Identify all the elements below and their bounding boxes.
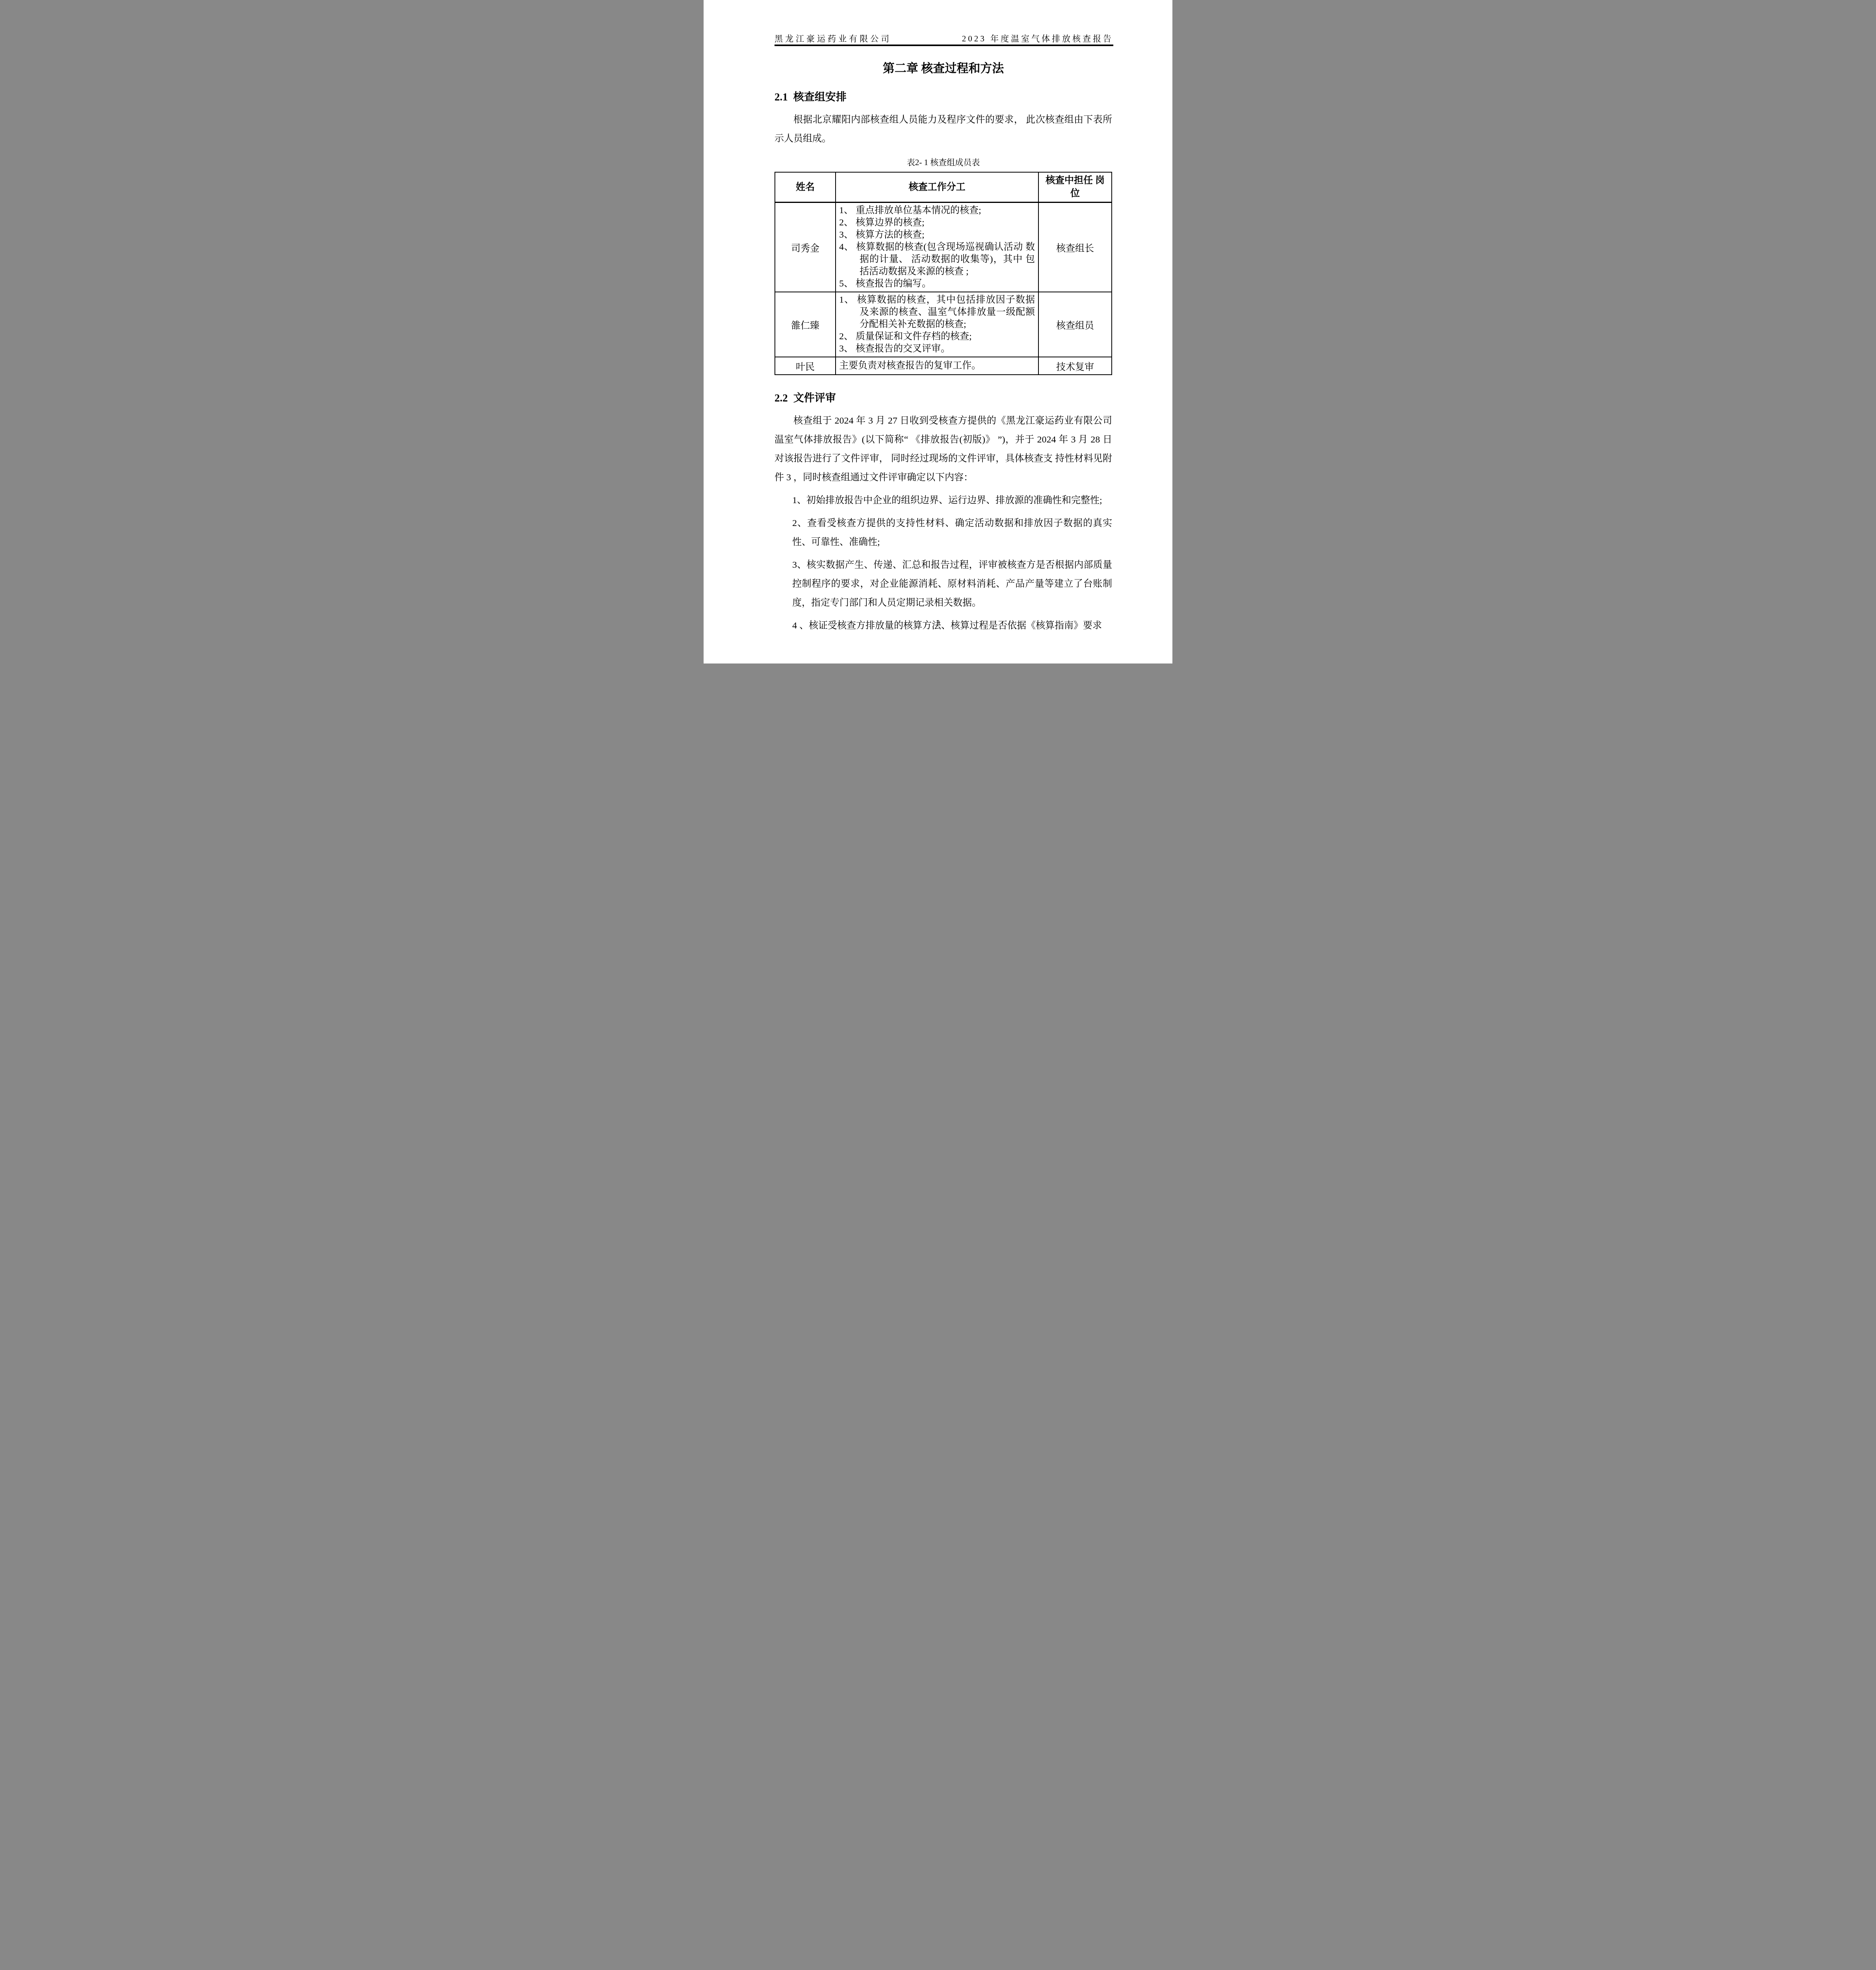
section-2-1-paragraph: 根据北京耀阳内部核查组人员能力及程序文件的要求， 此次核查组由下表所示人员组成。 [775, 110, 1112, 148]
header-report-title: 2023 年度温室气体排放核查报告 [962, 34, 1113, 43]
section-number: 2.1 [775, 91, 788, 103]
section-number: 2.2 [775, 392, 788, 404]
review-item-2: 2、查看受核查方提供的支持性材料、确定活动数据和排放因子数据的真实性、可靠性、准… [792, 514, 1112, 552]
section-heading-2-1: 2.1核查组安排 [775, 90, 1112, 104]
duty-item: 1、 重点排放单位基本情况的核查; [839, 204, 1035, 217]
member-name: 雒仁臻 [775, 292, 836, 357]
table-body: 司秀金 1、 重点排放单位基本情况的核查; 2、 核算边界的核查; 3、 核算方… [775, 203, 1112, 375]
table-row: 雒仁臻 1、 核算数据的核查，其中包括排放因子数据 及来源的核查、温室气体排放量… [775, 292, 1112, 357]
duty-item: 1、 核算数据的核查，其中包括排放因子数据 及来源的核查、温室气体排放量一级配额… [839, 294, 1035, 331]
section-2-2-paragraph: 核查组于 2024 年 3 月 27 日收到受核查方提供的《黑龙江豪运药业有限公… [775, 411, 1112, 487]
member-duties: 1、 重点排放单位基本情况的核查; 2、 核算边界的核查; 3、 核算方法的核查… [836, 203, 1038, 292]
member-duties: 主要负责对核查报告的复审工作。 [836, 357, 1038, 375]
page-header: 黑龙江豪运药业有限公司 2023 年度温室气体排放核查报告 [775, 34, 1113, 46]
duty-item: 3、 核算方法的核查; [839, 229, 1035, 241]
page-content: 第二章 核查过程和方法 2.1核查组安排 根据北京耀阳内部核查组人员能力及程序文… [775, 56, 1112, 635]
header-company-name: 黑龙江豪运药业有限公司 [775, 34, 892, 43]
member-name: 司秀金 [775, 203, 836, 292]
section-heading-2-2: 2.2文件评审 [775, 391, 1112, 405]
member-role: 技术复审 [1038, 357, 1112, 375]
duty-item: 4、 核算数据的核查(包含现场巡视确认活动 数据的计量、 活动数据的收集等)，其… [839, 241, 1035, 278]
table-row: 司秀金 1、 重点排放单位基本情况的核查; 2、 核算边界的核查; 3、 核算方… [775, 203, 1112, 292]
member-role: 核查组长 [1038, 203, 1112, 292]
review-item-1: 1、初始排放报告中企业的组织边界、运行边界、排放源的准确性和完整性; [792, 491, 1112, 510]
member-duties: 1、 核算数据的核查，其中包括排放因子数据 及来源的核查、温室气体排放量一级配额… [836, 292, 1038, 357]
member-name: 叶民 [775, 357, 836, 375]
member-role: 核查组员 [1038, 292, 1112, 357]
section-title: 核查组安排 [793, 91, 847, 103]
duty-item: 2、 质量保证和文件存档的核查; [839, 331, 1035, 343]
table-caption: 表2- 1 核查组成员表 [775, 157, 1112, 168]
table-head: 姓名 核查工作分工 核查中担任 岗位 [775, 172, 1112, 203]
col-header-duties: 核查工作分工 [836, 172, 1038, 203]
document-page: 黑龙江豪运药业有限公司 2023 年度温室气体排放核查报告 第二章 核查过程和方… [704, 0, 1172, 663]
duty-item: 5、 核查报告的编写。 [839, 278, 1035, 290]
chapter-title: 第二章 核查过程和方法 [775, 61, 1112, 76]
verification-team-table: 姓名 核查工作分工 核查中担任 岗位 司秀金 1、 重点排放单位基本情况的核查;… [775, 172, 1112, 375]
col-header-role: 核查中担任 岗位 [1038, 172, 1112, 203]
section-title: 文件评审 [793, 392, 836, 404]
duty-item: 3、 核查报告的交叉评审。 [839, 343, 1035, 355]
table-row: 叶民 主要负责对核查报告的复审工作。 技术复审 [775, 357, 1112, 375]
col-header-name: 姓名 [775, 172, 836, 203]
table-header-row: 姓名 核查工作分工 核查中担任 岗位 [775, 172, 1112, 203]
page-number: 3 [704, 619, 1172, 627]
duty-item: 2、 核算边界的核查; [839, 217, 1035, 229]
review-item-3: 3、核实数据产生、传递、汇总和报告过程，评审被核查方是否根据内部质量控制程序的要… [792, 556, 1112, 612]
